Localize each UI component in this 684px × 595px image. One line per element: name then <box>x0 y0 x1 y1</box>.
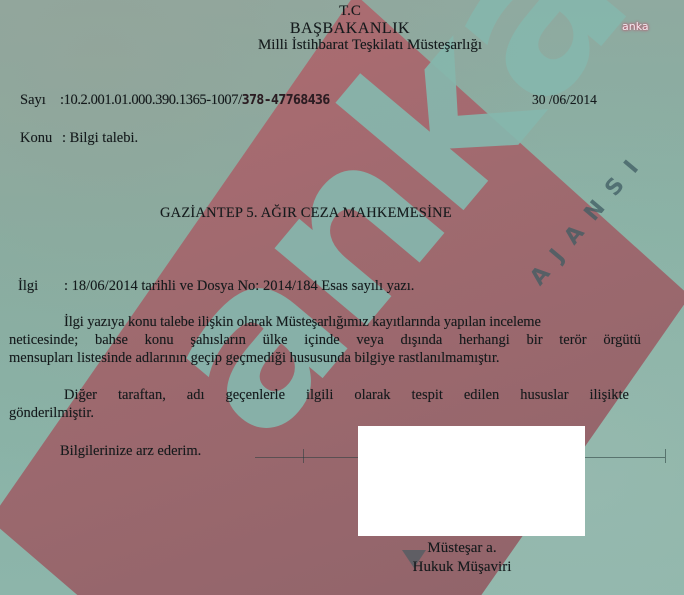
sayi-value: :10.2.001.01.000.390.1365-1007/378-47768… <box>60 92 330 109</box>
signature-tick-right <box>665 449 666 463</box>
para2-line1-word: geçenlerle <box>225 387 285 404</box>
para1-line2-word: neticesinde; <box>9 332 78 349</box>
signature-title: Müsteşar a. <box>0 540 684 557</box>
ilgi-label: İlgi <box>18 278 38 295</box>
para1-line2-word: terör <box>559 332 586 349</box>
para1-line2-word: bir <box>526 332 542 349</box>
para1-line2: neticesinde;bahsekonuşahıslarınülkeiçind… <box>9 332 641 349</box>
para2-line1-word: tespit <box>411 387 442 404</box>
header-mit: Milli İstihbarat Teşkilatı Müsteşarlığı <box>150 37 590 54</box>
para1-line2-word: içinde <box>304 332 339 349</box>
para2-line1-word: adı <box>187 387 205 404</box>
para2-line1-word: hususlar <box>520 387 568 404</box>
para1-line1: İlgi yazıya konu talebe ilişkin olarak M… <box>64 314 541 331</box>
redaction-box <box>358 426 585 536</box>
para1-line2-word: şahısların <box>190 332 246 349</box>
para1-line2-word: ülke <box>263 332 288 349</box>
document-date: 30 /06/2014 <box>532 92 597 108</box>
para2-line1: Diğertaraftan,adıgeçenlerleilgiliolarakt… <box>64 387 629 404</box>
header-tc: T.C <box>150 3 550 20</box>
para2-line1-word: olarak <box>354 387 390 404</box>
konu-value: : Bilgi talebi. <box>62 130 138 147</box>
para1-line2-word: bahse <box>95 332 128 349</box>
addressee: GAZİANTEP 5. AĞIR CEZA MAHKEMESİNE <box>160 205 452 222</box>
header-basbakanlik: BAŞBAKANLIK <box>150 20 550 38</box>
para1-line2-word: dışında <box>400 332 442 349</box>
closing-text: Bilgilerinize arz ederim. <box>60 443 201 460</box>
para1-line2-word: örgütü <box>603 332 641 349</box>
konu-label: Konu <box>20 130 52 147</box>
sayi-handwritten: 378-47768436 <box>242 93 330 108</box>
para2-line1-word: taraftan, <box>118 387 166 404</box>
sayi-number: :10.2.001.01.000.390.1365-1007/ <box>60 92 242 108</box>
para2-line2: gönderilmiştir. <box>9 405 94 422</box>
para1-line2-word: veya <box>356 332 383 349</box>
para1-line2-word: herhangi <box>459 332 510 349</box>
para1-line3: mensupları listesinde adlarının geçip ge… <box>9 350 499 367</box>
para2-line1-word: ilişikte <box>590 387 629 404</box>
anka-corner-logo: anka <box>622 20 649 33</box>
para2-line1-word: Diğer <box>64 387 97 404</box>
signature-line-right <box>585 457 665 458</box>
para2-line1-word: edilen <box>464 387 499 404</box>
signature-tick <box>303 449 304 463</box>
para1-line2-word: konu <box>145 332 174 349</box>
ilgi-value: : 18/06/2014 tarihli ve Dosya No: 2014/1… <box>64 278 414 295</box>
para2-line1-word: ilgili <box>306 387 333 404</box>
signature-line-left <box>255 457 360 458</box>
sayi-label: Sayı <box>20 92 46 109</box>
signature-role: Hukuk Müşaviri <box>0 559 684 576</box>
